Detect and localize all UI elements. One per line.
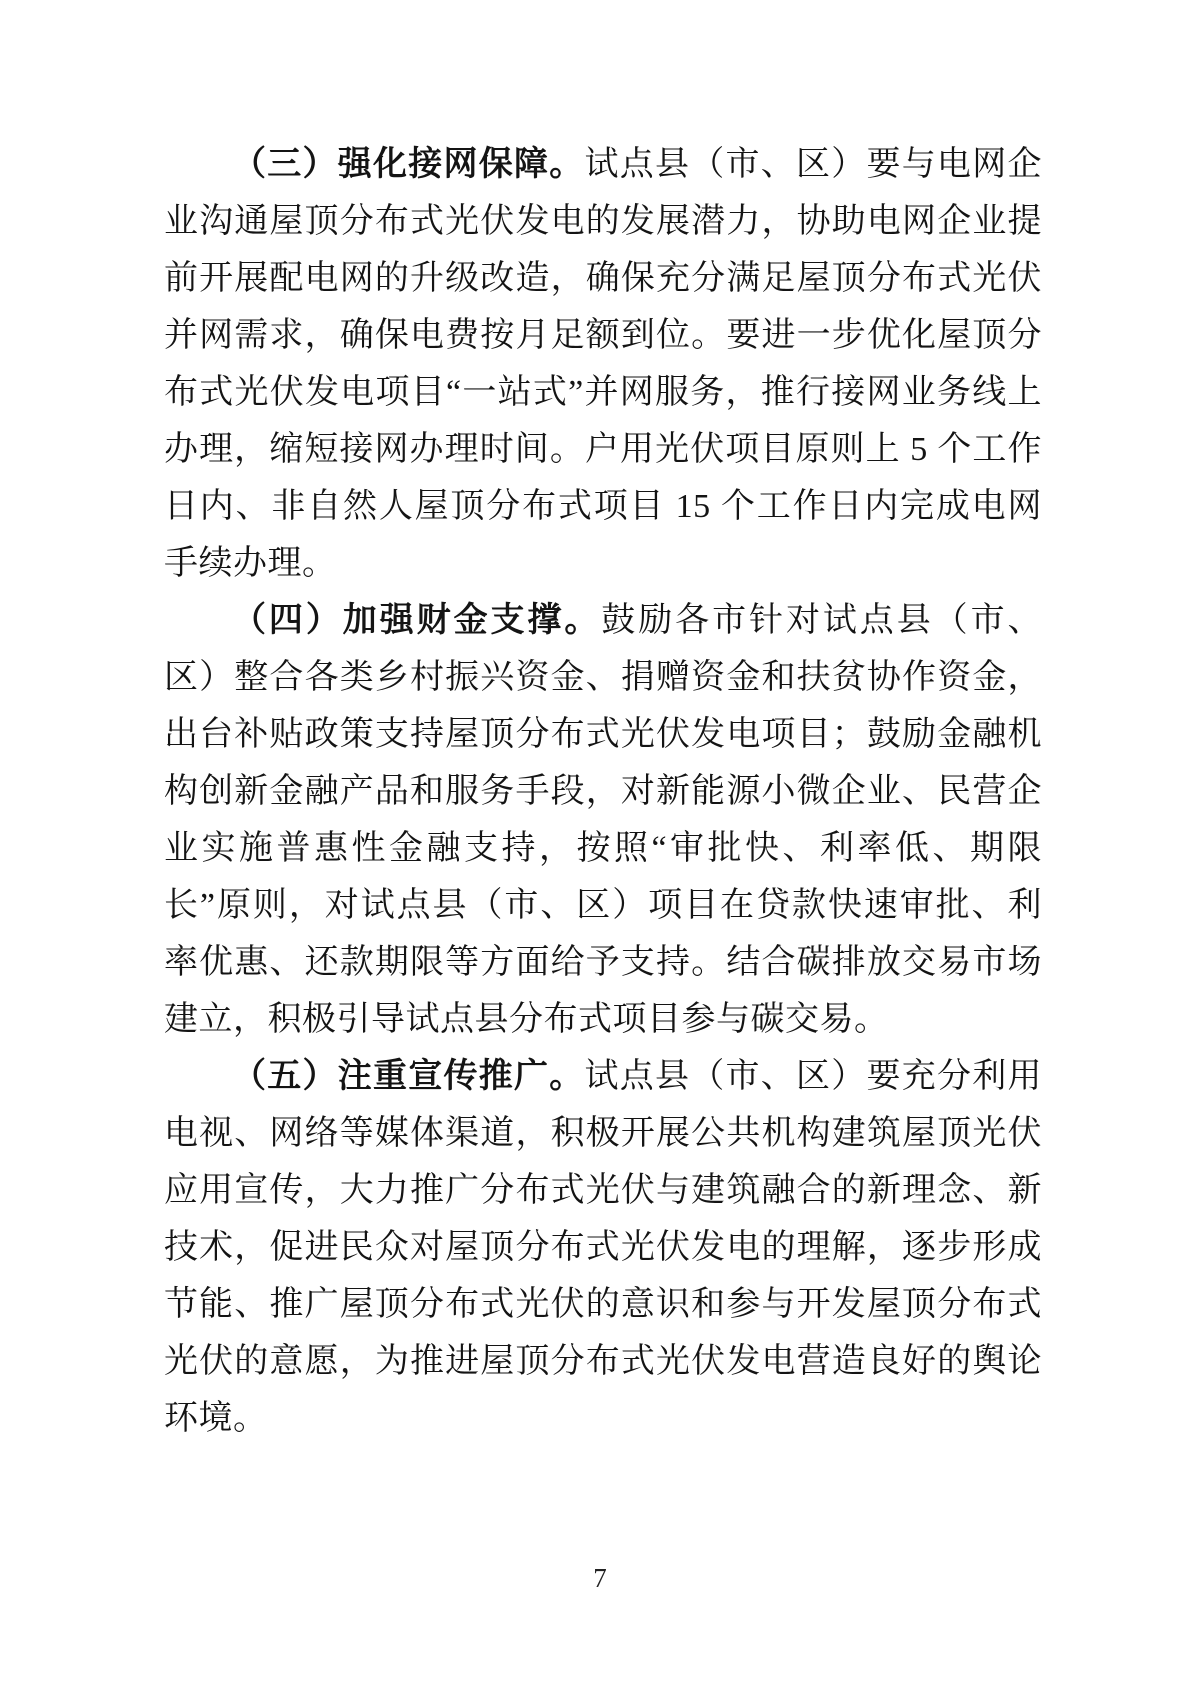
paragraph-section-3-text: 试点县（市、区）要与电网企业沟通屋顶分布式光伏发电的发展潜力，协助电网企业提前开… xyxy=(164,146,1042,582)
paragraph-section-5-text: 试点县（市、区）要充分利用电视、网络等媒体渠道，积极开展公共机构建筑屋顶光伏应用… xyxy=(164,1058,1042,1437)
paragraph-section-5: （五）注重宣传推广。试点县（市、区）要充分利用电视、网络等媒体渠道，积极开展公共… xyxy=(164,1048,1042,1447)
document-body: （三）强化接网保障。试点县（市、区）要与电网企业沟通屋顶分布式光伏发电的发展潜力… xyxy=(164,136,1042,1447)
paragraph-section-4: （四）加强财金支撑。鼓励各市针对试点县（市、区）整合各类乡村振兴资金、捐赠资金和… xyxy=(164,592,1042,1048)
document-page: （三）强化接网保障。试点县（市、区）要与电网企业沟通屋顶分布式光伏发电的发展潜力… xyxy=(0,0,1200,1697)
paragraph-section-3: （三）强化接网保障。试点县（市、区）要与电网企业沟通屋顶分布式光伏发电的发展潜力… xyxy=(164,136,1042,592)
paragraph-section-4-text: 鼓励各市针对试点县（市、区）整合各类乡村振兴资金、捐赠资金和扶贫协作资金，出台补… xyxy=(164,602,1042,1038)
paragraph-section-5-heading: （五）注重宣传推广。 xyxy=(232,1058,585,1095)
page-number: 7 xyxy=(0,1562,1200,1594)
paragraph-section-4-heading: （四）加强财金支撑。 xyxy=(232,602,601,639)
paragraph-section-3-heading: （三）强化接网保障。 xyxy=(232,146,585,183)
